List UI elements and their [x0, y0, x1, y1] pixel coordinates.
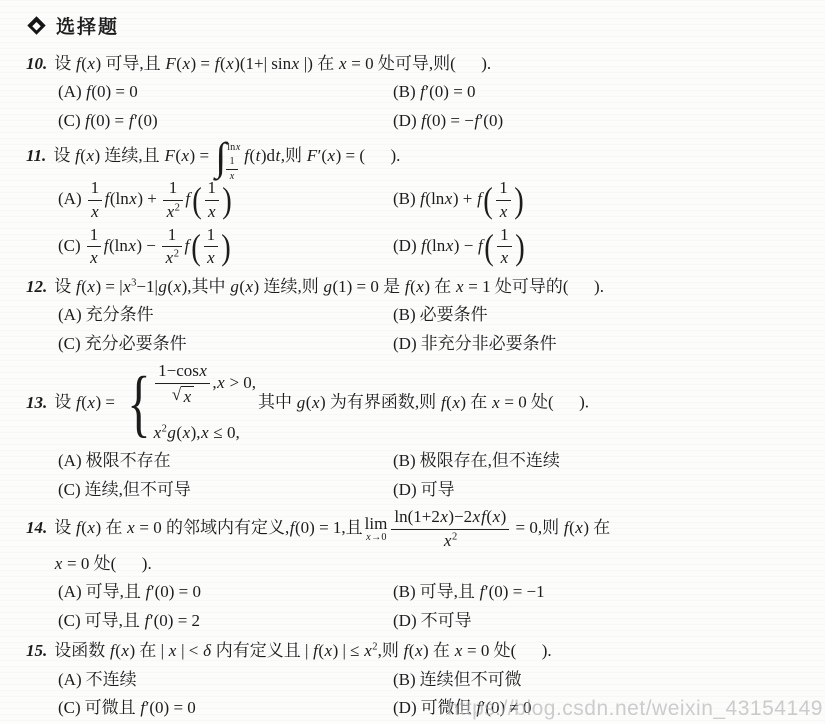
option-content: 1xf(lnx) + 1x2f(1x)	[86, 189, 233, 208]
math-variable: f	[76, 277, 82, 296]
options-grid: (A)1xf(lnx) + 1x2f(1x)(B)f(lnx) + f(1x)(…	[58, 178, 815, 269]
option-label: (C)	[58, 236, 81, 255]
integral-limits: lnx1x	[227, 140, 240, 175]
math-variable: f	[185, 189, 191, 208]
math-variable: x	[129, 189, 138, 208]
math-variable: f	[420, 189, 426, 208]
option-content: f(lnx) + f(1x)	[420, 189, 525, 208]
brace-icon: {	[127, 370, 150, 437]
question-stem: 15.设函数 f(x) 在 | x | < δ 内有定义且 | f(x) | ≤…	[26, 638, 815, 664]
math-variable: x	[440, 507, 449, 526]
option-C: (C)充分必要条件	[58, 331, 393, 357]
math-variable: x	[245, 277, 254, 296]
superscript: 2	[452, 531, 457, 542]
denominator: x2	[162, 247, 182, 268]
radicand: x	[181, 386, 194, 407]
math-variable: x	[182, 423, 191, 442]
math-variable: x	[311, 393, 320, 412]
math-variable: x	[127, 518, 136, 537]
limit: limx→0	[365, 515, 388, 544]
options-grid: (A)不连续(B)连续但不可微(C)可微且 f′(0) = 0(D)可微但 f′…	[58, 667, 815, 721]
case-row: x2g(x),x ≤ 0,	[153, 420, 256, 446]
math-variable: f	[76, 393, 82, 412]
numerator: 1	[204, 225, 219, 247]
math-variable: x	[181, 146, 190, 165]
math-variable: x	[128, 236, 137, 255]
math-variable: x	[173, 277, 182, 296]
math-variable: x	[472, 507, 481, 526]
option-content: 可导	[421, 480, 455, 499]
denominator: x2	[163, 201, 183, 222]
fraction: 1x	[497, 225, 512, 269]
option-A: (A)不连续	[58, 667, 393, 693]
option-B: (B)必要条件	[393, 302, 815, 328]
option-label: (D)	[393, 698, 417, 717]
question-list: 10.设 f(x) 可导,且 F(x) = f(x)(1+| sinx |) 在…	[26, 51, 815, 721]
piecewise-cases: {1−cosx√x,x > 0,x2g(x),x ≤ 0,	[121, 361, 256, 446]
question-number: 14.	[26, 515, 47, 541]
option-B: (B)f′(0) = 0	[393, 79, 815, 105]
question-stem: 13.设 f(x) = {1−cosx√x,x > 0,x2g(x),x ≤ 0…	[26, 361, 815, 446]
numerator: ln(1+2x)−2xf(x)	[391, 507, 509, 529]
math-variable: g	[158, 277, 168, 296]
math-variable: f	[478, 236, 484, 255]
numerator: 1	[88, 178, 103, 200]
math-variable: x	[201, 423, 210, 442]
option-C: (C)可导,且 f′(0) = 2	[58, 608, 393, 634]
question-10: 10.设 f(x) 可导,且 F(x) = f(x)(1+| sinx |) 在…	[26, 51, 815, 133]
math-variable: x	[91, 202, 100, 221]
math-variable: x	[575, 518, 584, 537]
option-content: 可导,且 f′(0) = 0	[86, 582, 201, 601]
math-variable: x	[153, 423, 162, 442]
math-variable: f	[421, 236, 427, 255]
fraction: 1x	[88, 178, 103, 222]
big-paren: )	[514, 186, 524, 215]
math-variable: f	[214, 54, 220, 73]
fraction: ln(1+2x)−2xf(x)x2	[391, 507, 509, 551]
question-number: 13.	[26, 390, 47, 416]
option-label: (D)	[393, 611, 417, 630]
big-paren: )	[515, 233, 525, 262]
option-B: (B)可导,且 f′(0) = −1	[393, 579, 815, 605]
option-C: (C)连续,但不可导	[58, 477, 393, 503]
question-stem: 14.设 f(x) 在 x = 0 的邻域内有定义,f(0) = 1,且limx…	[26, 507, 815, 577]
denominator: x	[497, 247, 512, 268]
math-variable: f	[421, 111, 427, 130]
option-B: (B)极限存在,但不连续	[393, 448, 815, 474]
option-content: 极限不存在	[86, 451, 171, 470]
math-variable: x	[492, 393, 501, 412]
option-B: (B)连续但不可微	[393, 667, 815, 693]
math-variable: F	[306, 146, 317, 165]
numerator: 1	[162, 225, 182, 247]
option-D: (D)非充分非必要条件	[393, 331, 815, 357]
stem-content: 设 f(x) 连续,且 F(x) = ∫lnx1xf(t)dt,则 F′(x) …	[53, 138, 815, 176]
stem-content: 设 f(x) = {1−cosx√x,x > 0,x2g(x),x ≤ 0,其中…	[54, 361, 815, 446]
math-variable: f	[403, 641, 409, 660]
math-variable: x	[452, 393, 461, 412]
option-content: f(0) = −f′(0)	[421, 111, 504, 130]
fraction: 1x	[87, 225, 102, 269]
fraction: 1−cosx√x	[155, 361, 210, 407]
math-variable: f	[110, 641, 116, 660]
math-variable: x	[87, 518, 96, 537]
denominator: x	[205, 201, 220, 222]
fraction: 1x2	[162, 225, 182, 269]
numerator: 1	[163, 178, 183, 200]
denominator: x	[87, 247, 102, 268]
math-variable: x	[87, 393, 96, 412]
math-variable: x	[291, 54, 300, 73]
option-content: 可导,且 f′(0) = 2	[85, 611, 200, 630]
math-variable: f	[104, 189, 110, 208]
math-variable: x	[499, 202, 508, 221]
option-label: (D)	[393, 334, 417, 353]
math-variable: x	[183, 387, 192, 406]
superscript: 2	[175, 202, 180, 213]
math-variable: f	[420, 82, 426, 101]
math-variable: t	[255, 146, 261, 165]
option-label: (D)	[393, 111, 417, 130]
big-paren: )	[221, 233, 231, 262]
math-variable: x	[445, 236, 454, 255]
question-13: 13.设 f(x) = {1−cosx√x,x > 0,x2g(x),x ≤ 0…	[26, 361, 815, 502]
math-variable: F	[165, 54, 176, 73]
math-variable: f	[140, 698, 146, 717]
math-variable: g	[323, 277, 333, 296]
math-variable: x	[208, 202, 217, 221]
math-variable: f	[440, 393, 446, 412]
math-variable: g	[230, 277, 240, 296]
denominator: x	[496, 201, 511, 222]
option-label: (B)	[393, 582, 416, 601]
stem-content: 设 f(x) = |x3−1|g(x),其中 g(x) 连续,则 g(1) = …	[54, 274, 815, 300]
option-content: f(lnx) − f(1x)	[421, 236, 526, 255]
case-rows: 1−cosx√x,x > 0,x2g(x),x ≤ 0,	[153, 361, 256, 446]
question-stem: 11.设 f(x) 连续,且 F(x) = ∫lnx1xf(t)dt,则 F′(…	[26, 138, 815, 176]
numerator: 1	[496, 178, 511, 200]
math-variable: x	[86, 146, 95, 165]
option-label: (B)	[393, 189, 416, 208]
option-A: (A)f(0) = 0	[58, 79, 393, 105]
numerator: 1	[205, 178, 220, 200]
math-variable: x	[235, 142, 241, 153]
question-number: 15.	[26, 638, 47, 664]
math-variable: f	[476, 698, 482, 717]
math-variable: f	[474, 111, 480, 130]
option-content: 可微且 f′(0) = 0	[85, 698, 196, 717]
option-label: (A)	[58, 670, 82, 689]
math-variable: x	[443, 531, 452, 550]
math-variable: x	[182, 54, 191, 73]
math-variable: f	[144, 611, 150, 630]
math-variable: x	[366, 532, 372, 543]
option-D: (D)f(lnx) − f(1x)	[393, 225, 815, 269]
math-variable: F	[164, 146, 175, 165]
option-A: (A)极限不存在	[58, 448, 393, 474]
math-variable: x	[90, 248, 99, 267]
option-label: (A)	[58, 451, 82, 470]
math-variable: x	[324, 641, 333, 660]
option-C: (C)1xf(lnx) − 1x2f(1x)	[58, 225, 393, 269]
options-grid: (A)充分条件(B)必要条件(C)充分必要条件(D)非充分非必要条件	[58, 302, 815, 356]
math-variable: x	[364, 641, 373, 660]
math-variable: x	[123, 277, 132, 296]
option-D: (D)f(0) = −f′(0)	[393, 108, 815, 134]
math-variable: f	[76, 54, 82, 73]
option-A: (A)充分条件	[58, 302, 393, 328]
option-label: (A)	[58, 82, 82, 101]
option-C: (C)f(0) = f′(0)	[58, 108, 393, 134]
numerator: 1	[87, 225, 102, 247]
math-variable: x	[121, 641, 130, 660]
square-root: √x	[172, 386, 194, 407]
fraction: 1x	[496, 178, 511, 222]
option-label: (D)	[393, 236, 417, 255]
math-variable: x	[416, 277, 425, 296]
math-variable: f	[289, 518, 295, 537]
option-content: 1xf(lnx) − 1x2f(1x)	[85, 236, 232, 255]
limit-text: lim	[365, 515, 388, 533]
option-D: (D)不可导	[393, 608, 815, 634]
math-variable: f	[128, 111, 134, 130]
options-grid: (A)f(0) = 0(B)f′(0) = 0(C)f(0) = f′(0)(D…	[58, 79, 815, 133]
radical-icon: √	[172, 386, 181, 404]
question-stem: 12.设 f(x) = |x3−1|g(x),其中 g(x) 连续,则 g(1)…	[26, 274, 815, 300]
option-content: 连续但不可微	[420, 670, 522, 689]
question-stem: 10.设 f(x) 可导,且 F(x) = f(x)(1+| sinx |) 在…	[26, 51, 815, 77]
fraction: 1x	[204, 225, 219, 269]
math-variable: x	[87, 277, 96, 296]
superscript: 3	[131, 277, 136, 288]
math-variable: x	[338, 54, 347, 73]
math-variable: x	[87, 54, 96, 73]
math-variable: f	[85, 111, 91, 130]
big-paren: (	[484, 186, 494, 215]
option-content: f(0) = f′(0)	[85, 111, 158, 130]
math-variable: f	[103, 236, 109, 255]
option-content: 必要条件	[420, 305, 488, 324]
denominator: √x	[155, 384, 210, 407]
option-label: (C)	[58, 698, 81, 717]
option-content: 非充分非必要条件	[421, 334, 557, 353]
math-variable: x	[166, 202, 175, 221]
math-variable: δ	[203, 641, 212, 660]
option-content: f(0) = 0	[86, 82, 138, 101]
option-label: (D)	[393, 480, 417, 499]
option-label: (B)	[393, 305, 416, 324]
math-variable: x	[327, 146, 336, 165]
question-number: 12.	[26, 274, 47, 300]
option-label: (C)	[58, 611, 81, 630]
superscript: 2	[372, 642, 377, 653]
exam-page: 选择题 10.设 f(x) 可导,且 F(x) = f(x)(1+| sinx …	[0, 0, 825, 721]
math-variable: f	[76, 518, 82, 537]
diamond-icon	[27, 16, 45, 34]
question-14: 14.设 f(x) 在 x = 0 的邻域内有定义,f(0) = 1,且limx…	[26, 507, 815, 633]
option-label: (C)	[58, 334, 81, 353]
option-label: (B)	[393, 451, 416, 470]
option-content: f′(0) = 0	[420, 82, 476, 101]
limit-under: x→0	[366, 533, 387, 544]
options-grid: (A)极限不存在(B)极限存在,但不连续(C)连续,但不可导(D)可导	[58, 448, 815, 502]
big-paren: (	[191, 233, 201, 262]
math-variable: x	[454, 641, 463, 660]
option-content: 连续,但不可导	[85, 480, 191, 499]
stem-content: 设函数 f(x) 在 | x | < δ 内有定义且 | f(x) | ≤ x2…	[54, 638, 815, 664]
numerator: 1	[497, 225, 512, 247]
math-variable: x	[226, 54, 235, 73]
math-variable: g	[167, 423, 177, 442]
option-content: 充分条件	[86, 305, 154, 324]
denominator: x	[204, 247, 219, 268]
math-variable: x	[492, 507, 501, 526]
question-11: 11.设 f(x) 连续,且 F(x) = ∫lnx1xf(t)dt,则 F′(…	[26, 138, 815, 269]
math-variable: x	[199, 361, 208, 380]
option-A: (A)可导,且 f′(0) = 0	[58, 579, 393, 605]
math-variable: x	[456, 277, 465, 296]
question-number: 11.	[26, 143, 46, 169]
option-label: (A)	[58, 582, 82, 601]
math-variable: f	[313, 641, 319, 660]
math-variable: x	[444, 189, 453, 208]
numerator: 1	[226, 156, 238, 170]
option-content: 不可导	[421, 611, 472, 630]
option-B: (B)f(lnx) + f(1x)	[393, 178, 815, 222]
math-variable: x	[168, 641, 177, 660]
option-C: (C)可微且 f′(0) = 0	[58, 695, 393, 721]
math-variable: f	[244, 146, 250, 165]
case-row: 1−cosx√x,x > 0,	[153, 361, 256, 407]
option-label: (C)	[58, 480, 81, 499]
option-content: 极限存在,但不连续	[420, 451, 560, 470]
math-variable: x	[217, 373, 226, 392]
denominator: x2	[391, 530, 509, 551]
denominator: x	[88, 201, 103, 222]
math-variable: f	[477, 189, 483, 208]
superscript: 2	[174, 249, 179, 260]
option-label: (A)	[58, 189, 82, 208]
math-variable: x	[54, 554, 63, 573]
big-paren: (	[192, 186, 202, 215]
option-A: (A)1xf(lnx) + 1x2f(1x)	[58, 178, 393, 222]
numerator: 1−cosx	[155, 361, 210, 383]
math-variable: f	[184, 236, 190, 255]
math-variable: f	[563, 518, 569, 537]
math-variable: f	[75, 146, 81, 165]
option-content: 可导,且 f′(0) = −1	[420, 582, 545, 601]
question-number: 10.	[26, 51, 47, 77]
math-variable: t	[275, 146, 281, 165]
option-D: (D)可微但 f′(0) ≠ 0	[393, 695, 815, 721]
math-variable: f	[145, 582, 151, 601]
section-title: 选择题	[56, 12, 119, 39]
math-variable: f	[481, 507, 487, 526]
math-variable: x	[207, 248, 216, 267]
integral-upper-limit: lnx	[227, 140, 240, 156]
options-grid: (A)可导,且 f′(0) = 0(B)可导,且 f′(0) = −1(C)可导…	[58, 579, 815, 633]
option-label: (C)	[58, 111, 81, 130]
stem-content: 设 f(x) 可导,且 F(x) = f(x)(1+| sinx |) 在 x …	[54, 51, 815, 77]
option-label: (B)	[393, 670, 416, 689]
math-variable: f	[86, 82, 92, 101]
math-variable: x	[165, 248, 174, 267]
math-variable: g	[296, 393, 306, 412]
option-label: (A)	[58, 305, 82, 324]
math-variable: f	[404, 277, 410, 296]
math-variable: x	[500, 248, 509, 267]
option-content: 可微但 f′(0) ≠ 0	[421, 698, 532, 717]
math-variable: f	[479, 582, 485, 601]
fraction: 1x2	[163, 178, 183, 222]
stem-content: 设 f(x) 在 x = 0 的邻域内有定义,f(0) = 1,且limx→0l…	[54, 507, 815, 577]
big-paren: )	[222, 186, 232, 215]
option-content: 不连续	[86, 670, 137, 689]
option-label: (B)	[393, 82, 416, 101]
question-12: 12.设 f(x) = |x3−1|g(x),其中 g(x) 连续,则 g(1)…	[26, 274, 815, 356]
fraction: 1x	[205, 178, 220, 222]
math-variable: x	[414, 641, 423, 660]
option-content: 充分必要条件	[85, 334, 187, 353]
question-15: 15.设函数 f(x) 在 | x | < δ 内有定义且 | f(x) | ≤…	[26, 638, 815, 720]
big-paren: (	[484, 233, 494, 262]
option-D: (D)可导	[393, 477, 815, 503]
integral: ∫lnx1x	[215, 138, 240, 176]
section-header: 选择题	[30, 12, 815, 39]
